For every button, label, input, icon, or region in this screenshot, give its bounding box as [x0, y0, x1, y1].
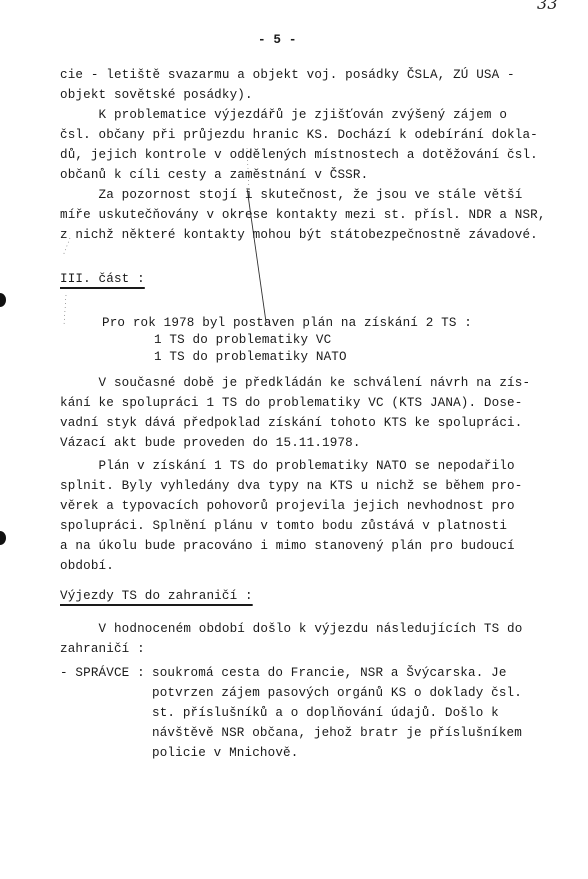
document-page: 33 - 5 - cie - letiště svazarmu a objekt…	[0, 0, 588, 879]
text-line: kání ke spolupráci 1 TS do problematiky …	[60, 396, 522, 411]
text-line: Za pozornost stojí i skutečnost, že jsou…	[60, 188, 522, 203]
text-line: cie - letiště svazarmu a objekt voj. pos…	[60, 68, 515, 83]
text-line: spolupráci. Splnění plánu v tomto bodu z…	[60, 519, 507, 534]
text-line: splnit. Byly vyhledány dva typy na KTS u…	[60, 479, 522, 494]
text-line: věrek a typovacích pohovorů projevila je…	[60, 499, 515, 514]
text-line: dů, jejich kontrole v oddělených místnos…	[60, 148, 538, 163]
text-line: vadní styk dává předpoklad získání tohot…	[60, 416, 522, 431]
text-line: policie v Mnichově.	[152, 746, 298, 761]
plan-intro: Pro rok 1978 byl postaven plán na získán…	[102, 316, 472, 331]
section-heading-trips: Výjezdy TS do zahraničí :	[60, 589, 253, 604]
text-line: soukromá cesta do Francie, NSR a Švýcars…	[152, 666, 507, 681]
text-line: návštěvě NSR občana, jehož bratr je přís…	[152, 726, 522, 741]
text-line: objekt sovětské posádky).	[60, 88, 253, 103]
text-line: a na úkolu bude pracováno i mimo stanove…	[60, 539, 515, 554]
text-line: Vázací akt bude proveden do 15.11.1978.	[60, 436, 361, 451]
text-line: čsl. občany při průjezdu hranic KS. Doch…	[60, 128, 538, 143]
text-line: K problematice výjezdářů je zjišťován zv…	[60, 108, 507, 123]
trip-label: - SPRÁVCE :	[60, 666, 145, 681]
text-line: období.	[60, 559, 114, 574]
text-line: míře uskutečňovány v okrese kontakty mez…	[60, 208, 546, 223]
plan-item: 1 TS do problematiky NATO	[154, 350, 347, 365]
plan-item: 1 TS do problematiky VC	[154, 333, 331, 348]
text-line: občanů k cíli cesty a zaměstnání v ČSSR.	[60, 168, 368, 183]
text-line: potvrzen zájem pasových orgánů KS o dokl…	[152, 686, 522, 701]
text-line: V hodnoceném období došlo k výjezdu násl…	[60, 622, 522, 637]
text-line: V současné době je předkládán ke schvále…	[60, 376, 530, 391]
text-line: z nichž některé kontakty mohou být státo…	[60, 228, 538, 243]
text-line: st. příslušníků a o doplňování údajů. Do…	[152, 706, 499, 721]
section-heading-part-3: III. část :	[60, 272, 145, 287]
text-line: zahraničí :	[60, 642, 145, 657]
text-line: Plán v získání 1 TS do problematiky NATO…	[60, 459, 515, 474]
